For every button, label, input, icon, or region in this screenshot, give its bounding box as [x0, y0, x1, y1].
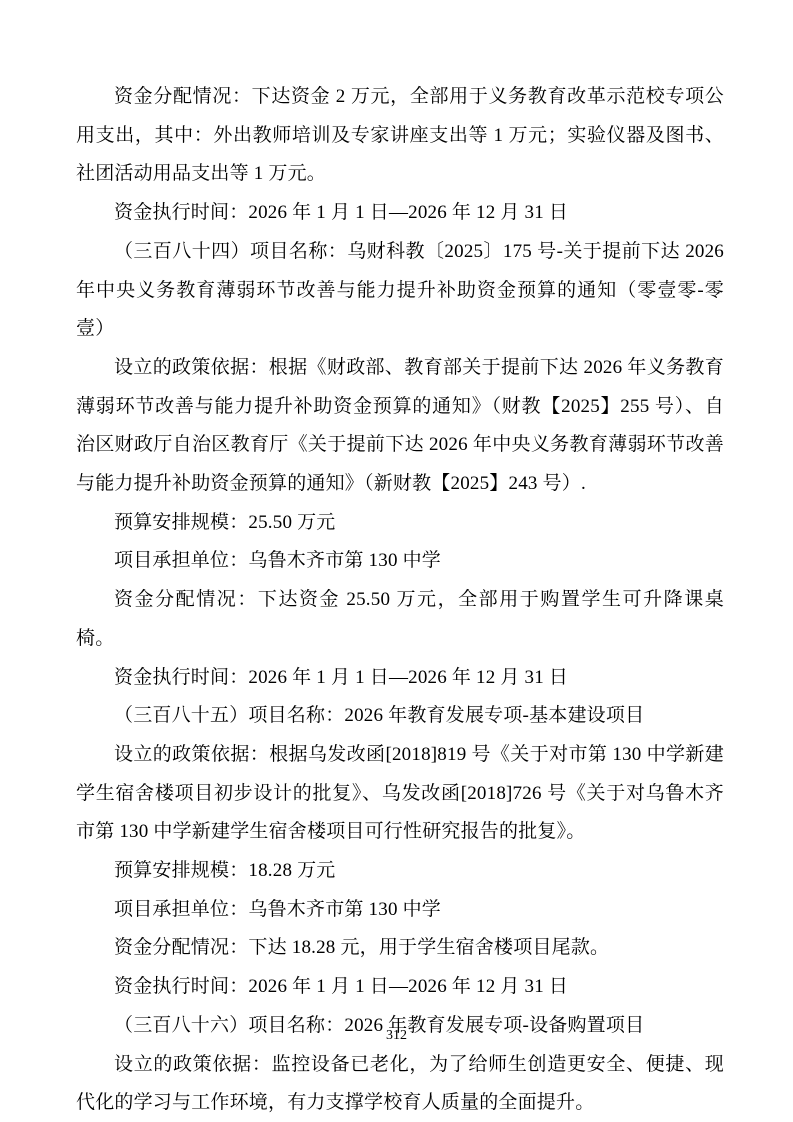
paragraph-project-385-name: （三百八十五）项目名称：2026 年教育发展专项-基本建设项目	[76, 697, 724, 736]
document-page: 资金分配情况：下达资金 2 万元，全部用于义务教育改革示范校专项公用支出，其中：…	[0, 0, 793, 1122]
paragraph-project-384-budget-scale: 预算安排规模：25.50 万元	[76, 504, 724, 543]
paragraph-project-385-budget-scale: 预算安排规模：18.28 万元	[76, 852, 724, 891]
paragraph-project-384-execution-time: 资金执行时间：2026 年 1 月 1 日—2026 年 12 月 31 日	[76, 659, 724, 698]
page-number: 312	[386, 1028, 407, 1043]
document-body: 资金分配情况：下达资金 2 万元，全部用于义务教育改革示范校专项公用支出，其中：…	[76, 78, 724, 1122]
paragraph-execution-time-prev-project: 资金执行时间：2026 年 1 月 1 日—2026 年 12 月 31 日	[76, 194, 724, 233]
paragraph-project-385-undertaking-unit: 项目承担单位：乌鲁木齐市第 130 中学	[76, 891, 724, 930]
paragraph-project-385-execution-time: 资金执行时间：2026 年 1 月 1 日—2026 年 12 月 31 日	[76, 968, 724, 1007]
paragraph-project-384-funding-allocation: 资金分配情况：下达资金 25.50 万元，全部用于购置学生可升降课桌椅。	[76, 581, 724, 658]
paragraph-project-385-funding-allocation: 资金分配情况：下达 18.28 元，用于学生宿舍楼项目尾款。	[76, 929, 724, 968]
paragraph-project-384-policy-basis: 设立的政策依据：根据《财政部、教育部关于提前下达 2026 年义务教育薄弱环节改…	[76, 349, 724, 504]
paragraph-project-385-policy-basis: 设立的政策依据：根据乌发改函[2018]819 号《关于对市第 130 中学新建…	[76, 736, 724, 852]
paragraph-project-384-undertaking-unit: 项目承担单位：乌鲁木齐市第 130 中学	[76, 542, 724, 581]
paragraph-funding-allocation-prev-project: 资金分配情况：下达资金 2 万元，全部用于义务教育改革示范校专项公用支出，其中：…	[76, 78, 724, 194]
page-footer: 312	[0, 1026, 793, 1044]
paragraph-project-384-name: （三百八十四）项目名称：乌财科教〔2025〕175 号-关于提前下达 2026 …	[76, 233, 724, 349]
paragraph-project-386-policy-basis: 设立的政策依据：监控设备已老化，为了给师生创造更安全、便捷、现代化的学习与工作环…	[76, 1046, 724, 1122]
